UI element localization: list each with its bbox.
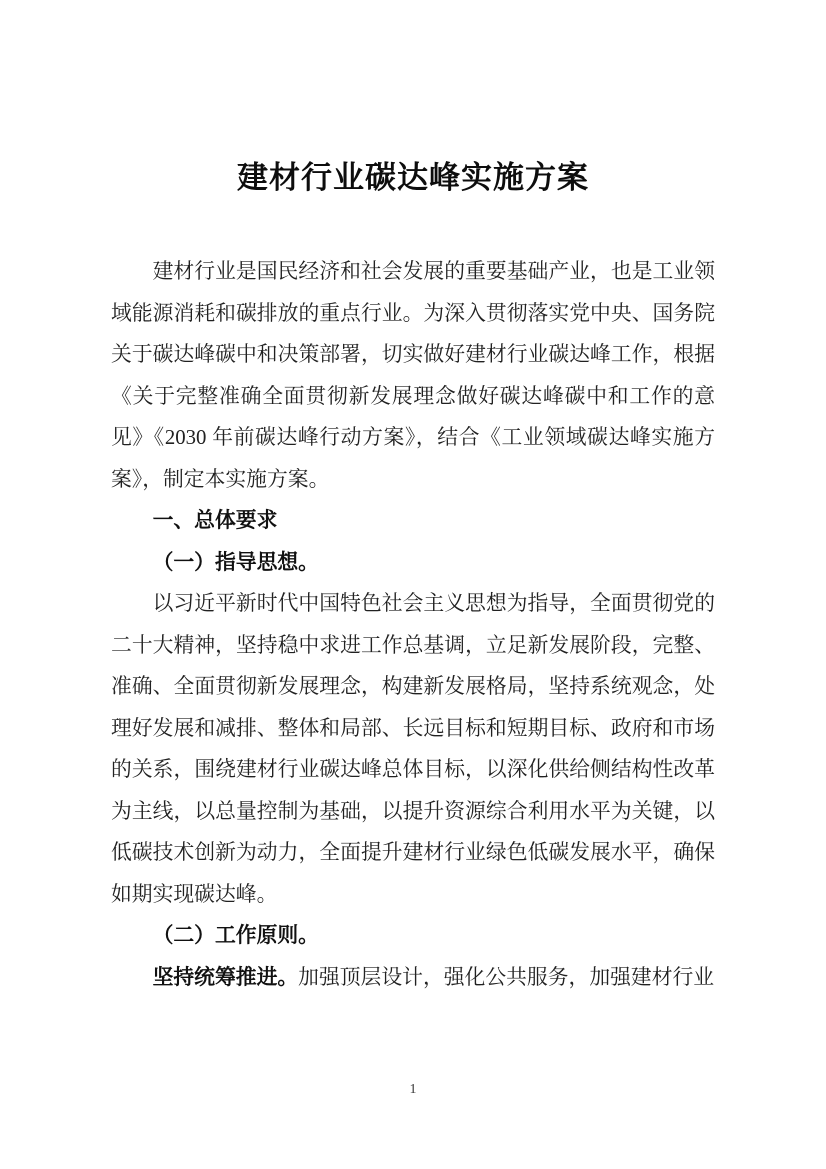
paragraph-work-principles: 坚持统筹推进。加强顶层设计，强化公共服务，加强建材行业 <box>111 957 715 999</box>
paragraph-intro: 建材行业是国民经济和社会发展的重要基础产业，也是工业领域能源消耗和碳排放的重点行… <box>111 251 715 500</box>
document-page: 建材行业碳达峰实施方案 建材行业是国民经济和社会发展的重要基础产业，也是工业领域… <box>0 0 826 1169</box>
paragraph-guiding-ideology: 以习近平新时代中国特色社会主义思想为指导，全面贯彻党的二十大精神，坚持稳中求进工… <box>111 583 715 915</box>
page-number: 1 <box>0 1080 826 1100</box>
heading-overall-requirements: 一、总体要求 <box>111 500 715 542</box>
paragraph-lead-rest: 加强顶层设计，强化公共服务，加强建材行业 <box>298 966 714 989</box>
paragraph-lead-bold: 坚持统筹推进。 <box>153 966 299 989</box>
heading-guiding-ideology: （一）指导思想。 <box>111 542 715 584</box>
heading-work-principles: （二）工作原则。 <box>111 915 715 957</box>
document-body: 建材行业是国民经济和社会发展的重要基础产业，也是工业领域能源消耗和碳排放的重点行… <box>111 251 715 998</box>
document-title: 建材行业碳达峰实施方案 <box>0 157 826 199</box>
